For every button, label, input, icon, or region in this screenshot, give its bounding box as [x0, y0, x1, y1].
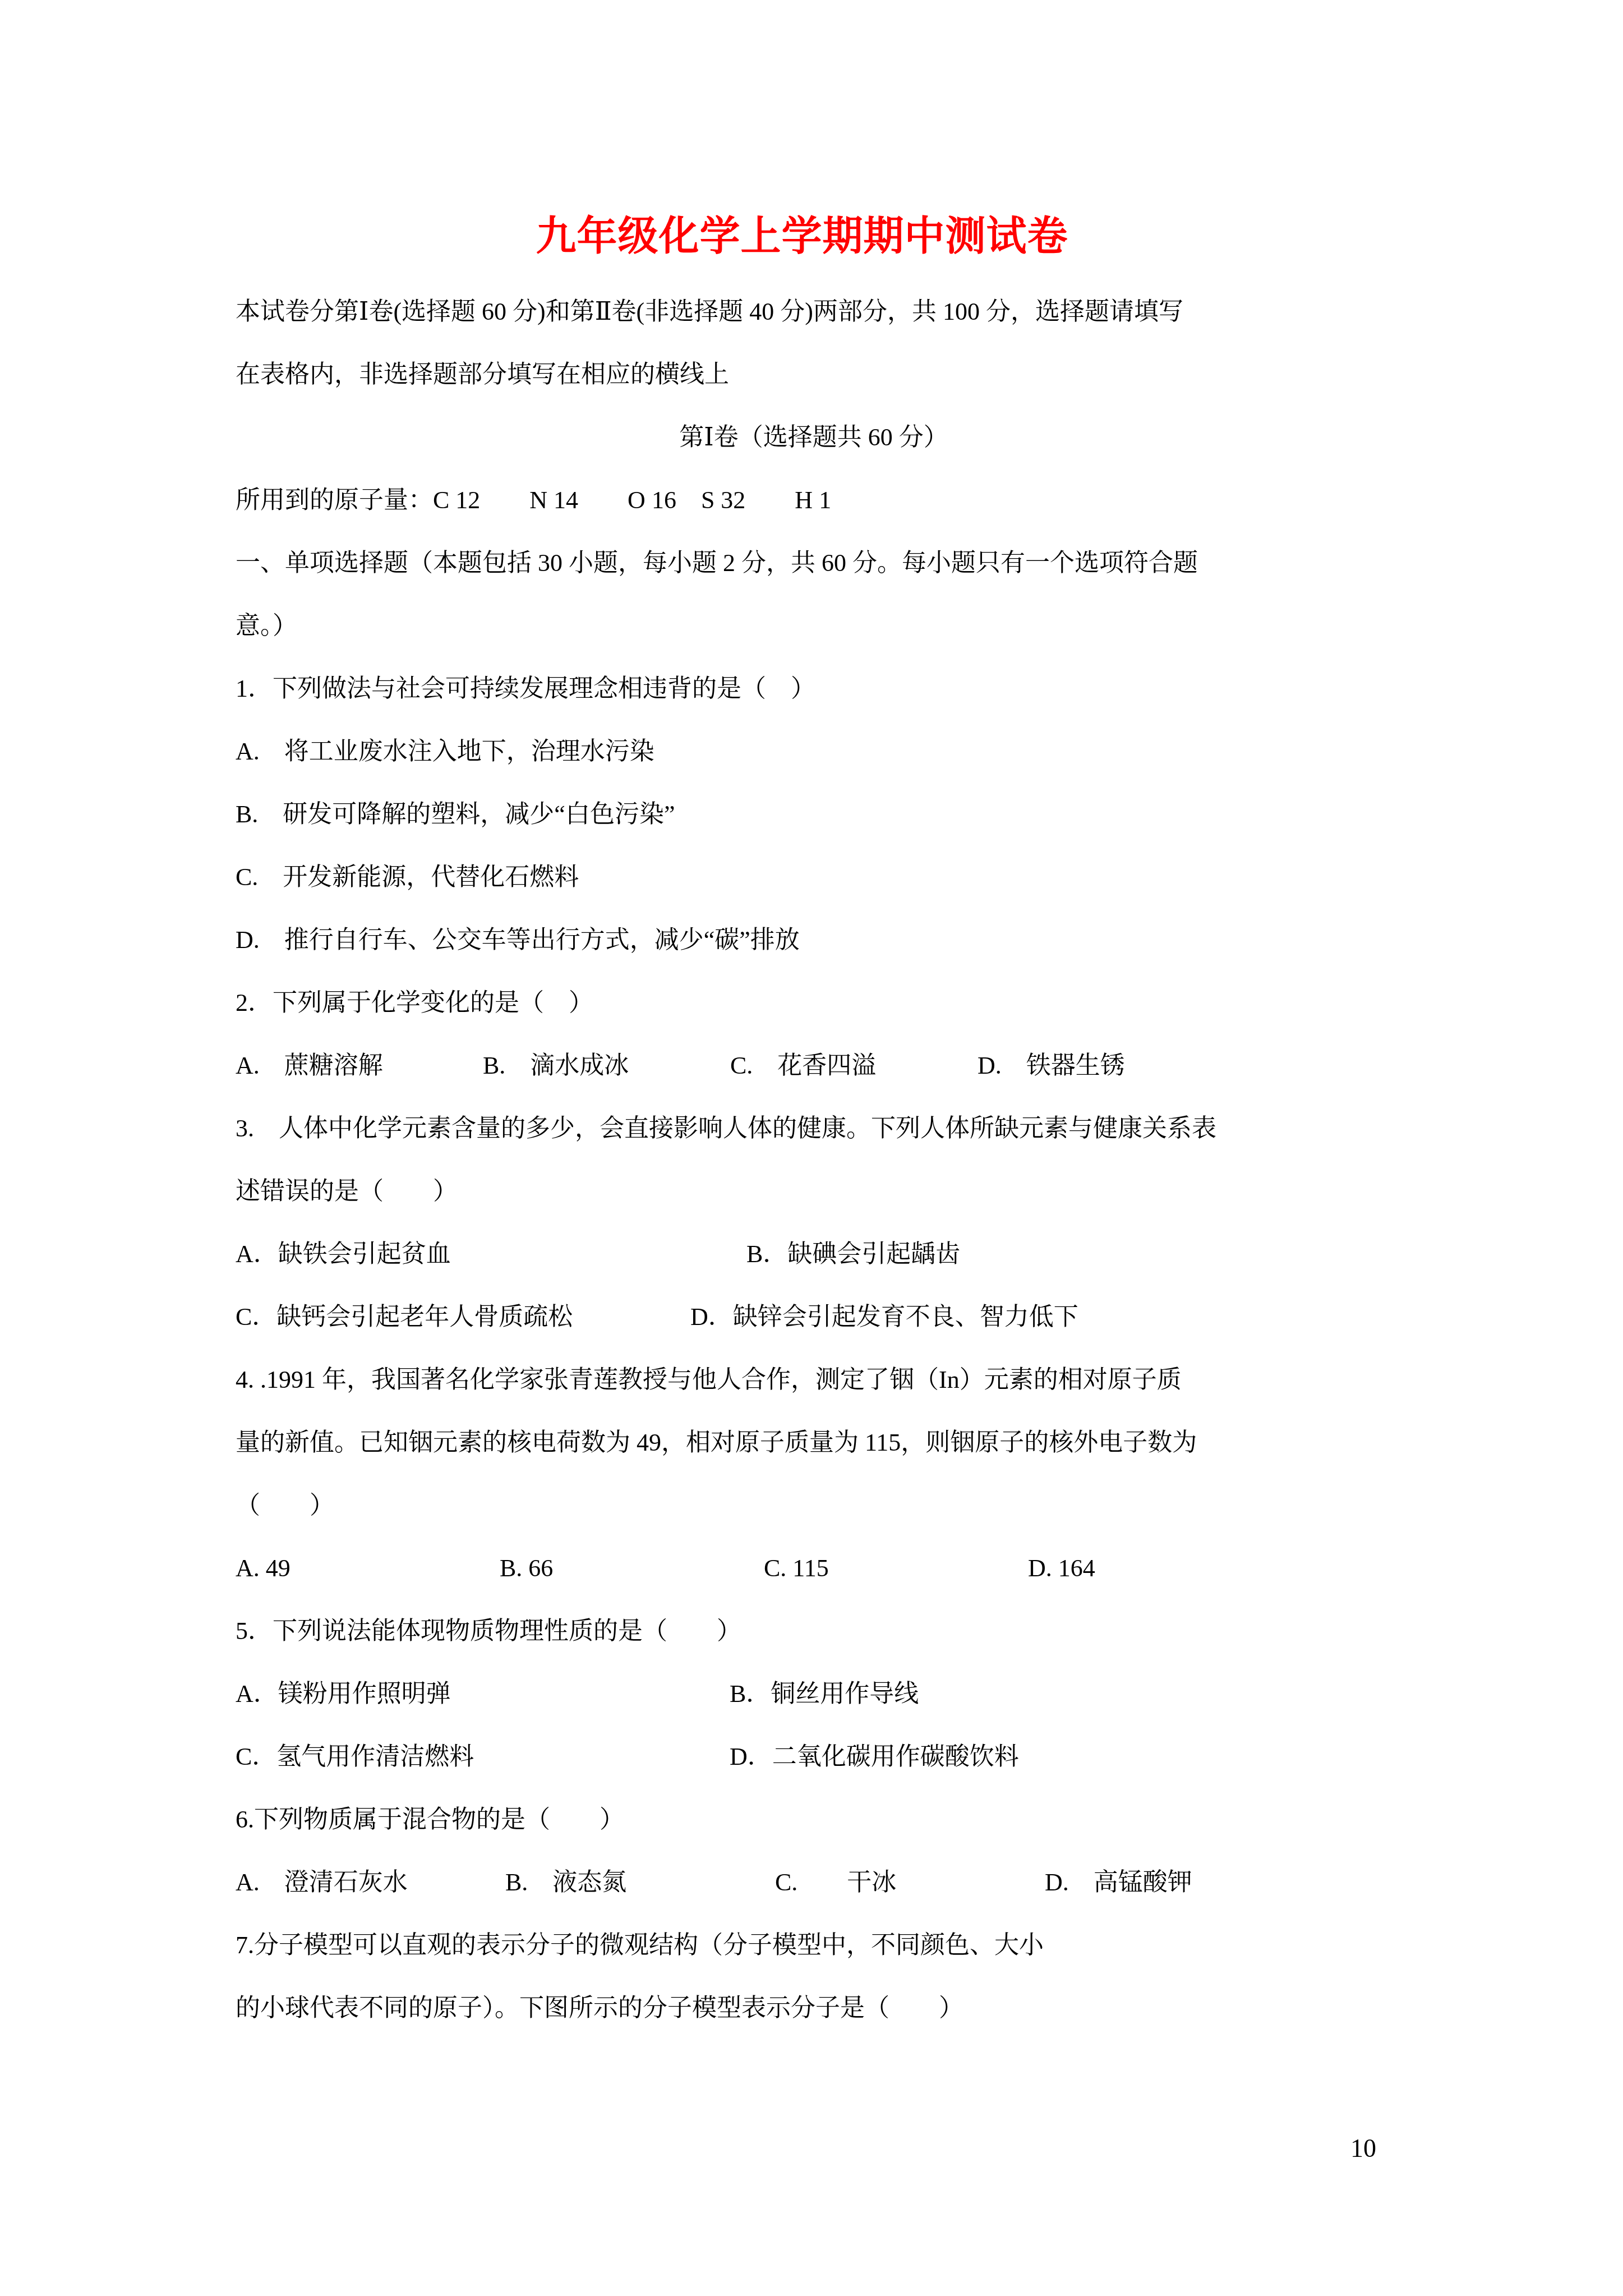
document-body: 本试卷分第Ⅰ卷(选择题 60 分)和第Ⅱ卷(非选择题 40 分)两部分，共 10…	[236, 280, 1392, 2040]
question-2-option-c: C. 花香四溢	[730, 1034, 971, 1097]
page-number: 10	[1350, 2132, 1376, 2165]
question-5-option-a: A．镁粉用作照明弹	[236, 1663, 723, 1726]
exam-document-page: 九年级化学上学期期中测试卷 本试卷分第Ⅰ卷(选择题 60 分)和第Ⅱ卷(非选择题…	[0, 0, 1623, 2296]
question-3-options-row-2: C．缺钙会引起老年人骨质疏松 D．缺锌会引起发育不良、智力低下	[236, 1286, 1392, 1349]
instruction-line-2: 意。）	[236, 595, 1392, 657]
question-5-options-row-2: C．氢气用作清洁燃料 D．二氧化碳用作碳酸饮料	[236, 1726, 1392, 1788]
question-5-stem: 5．下列说法能体现物质物理性质的是（ ）	[236, 1600, 1392, 1663]
question-7-stem-line-2: 的小球代表不同的原子）。下图所示的分子模型表示分子是（ ）	[236, 1977, 1392, 2040]
question-2-stem: 2．下列属于化学变化的是（ ）	[236, 972, 1392, 1034]
question-4-options: A. 49 B. 66 C. 115 D. 164	[236, 1537, 1392, 1600]
question-6-option-b: B. 液态氮	[505, 1851, 769, 1914]
intro-line-1: 本试卷分第Ⅰ卷(选择题 60 分)和第Ⅱ卷(非选择题 40 分)两部分，共 10…	[236, 280, 1392, 343]
question-5-option-c: C．氢气用作清洁燃料	[236, 1726, 723, 1788]
question-4-option-b: B. 66	[500, 1537, 758, 1600]
question-7-stem-line-1: 7.分子模型可以直观的表示分子的微观结构（分子模型中，不同颜色、大小	[236, 1914, 1392, 1977]
intro-line-2: 在表格内，非选择题部分填写在相应的横线上	[236, 343, 1392, 406]
question-3-option-c: C．缺钙会引起老年人骨质疏松	[236, 1286, 684, 1349]
question-6-stem: 6.下列物质属于混合物的是（ ）	[236, 1788, 1392, 1851]
question-6-option-c: C. 干冰	[775, 1851, 1039, 1914]
question-3-option-d: D．缺锌会引起发育不良、智力低下	[690, 1286, 1078, 1349]
page-title: 九年级化学上学期期中测试卷	[0, 203, 1604, 261]
question-3-stem-line-2: 述错误的是（ ）	[236, 1160, 1392, 1223]
question-3-options-row-1: A．缺铁会引起贫血 B．缺碘会引起龋齿	[236, 1223, 1392, 1286]
question-3-option-a: A．缺铁会引起贫血	[236, 1223, 740, 1286]
question-2-options: A. 蔗糖溶解 B. 滴水成冰 C. 花香四溢 D. 铁器生锈	[236, 1034, 1392, 1097]
question-3-option-b: B．缺碘会引起龋齿	[746, 1223, 960, 1286]
question-5-option-d: D．二氧化碳用作碳酸饮料	[730, 1726, 1019, 1788]
question-6-option-a: A. 澄清石灰水	[236, 1851, 499, 1914]
question-2-option-d: D. 铁器生锈	[978, 1034, 1125, 1097]
section-heading: 第Ⅰ卷（选择题共 60 分）	[236, 406, 1392, 469]
question-4-stem-line-2: 量的新值。已知铟元素的核电荷数为 49，相对原子质量为 115，则铟原子的核外电…	[236, 1411, 1392, 1474]
instruction-line-1: 一、单项选择题（本题包括 30 小题，每小题 2 分，共 60 分。每小题只有一…	[236, 532, 1392, 595]
question-3-stem-line-1: 3. 人体中化学元素含量的多少，会直接影响人体的健康。下列人体所缺元素与健康关系…	[236, 1097, 1392, 1160]
atomic-masses-line: 所用到的原子量：C 12 N 14 O 16 S 32 H 1	[236, 469, 1392, 532]
question-5-option-b: B．铜丝用作导线	[730, 1663, 919, 1726]
question-6-options: A. 澄清石灰水 B. 液态氮 C. 干冰 D. 高锰酸钾	[236, 1851, 1392, 1914]
question-1-option-a: A. 将工业废水注入地下，治理水污染	[236, 720, 1392, 783]
question-5-options-row-1: A．镁粉用作照明弹 B．铜丝用作导线	[236, 1663, 1392, 1726]
question-4-option-c: C. 115	[764, 1537, 1022, 1600]
question-4-option-d: D. 164	[1028, 1537, 1095, 1600]
question-4-option-a: A. 49	[236, 1537, 494, 1600]
question-2-option-a: A. 蔗糖溶解	[236, 1034, 477, 1097]
question-4-stem-line-1: 4. .1991 年，我国著名化学家张青莲教授与他人合作，测定了铟（In）元素的…	[236, 1349, 1392, 1411]
question-1-option-c: C. 开发新能源，代替化石燃料	[236, 846, 1392, 909]
question-1-stem: 1．下列做法与社会可持续发展理念相违背的是（ ）	[236, 657, 1392, 720]
question-6-option-d: D. 高锰酸钾	[1045, 1851, 1192, 1914]
question-2-option-b: B. 滴水成冰	[483, 1034, 724, 1097]
question-1-option-b: B. 研发可降解的塑料，减少“白色污染”	[236, 783, 1392, 846]
question-1-option-d: D. 推行自行车、公交车等出行方式，减少“碳”排放	[236, 909, 1392, 972]
question-4-stem-line-3: （ ）	[236, 1474, 1392, 1537]
